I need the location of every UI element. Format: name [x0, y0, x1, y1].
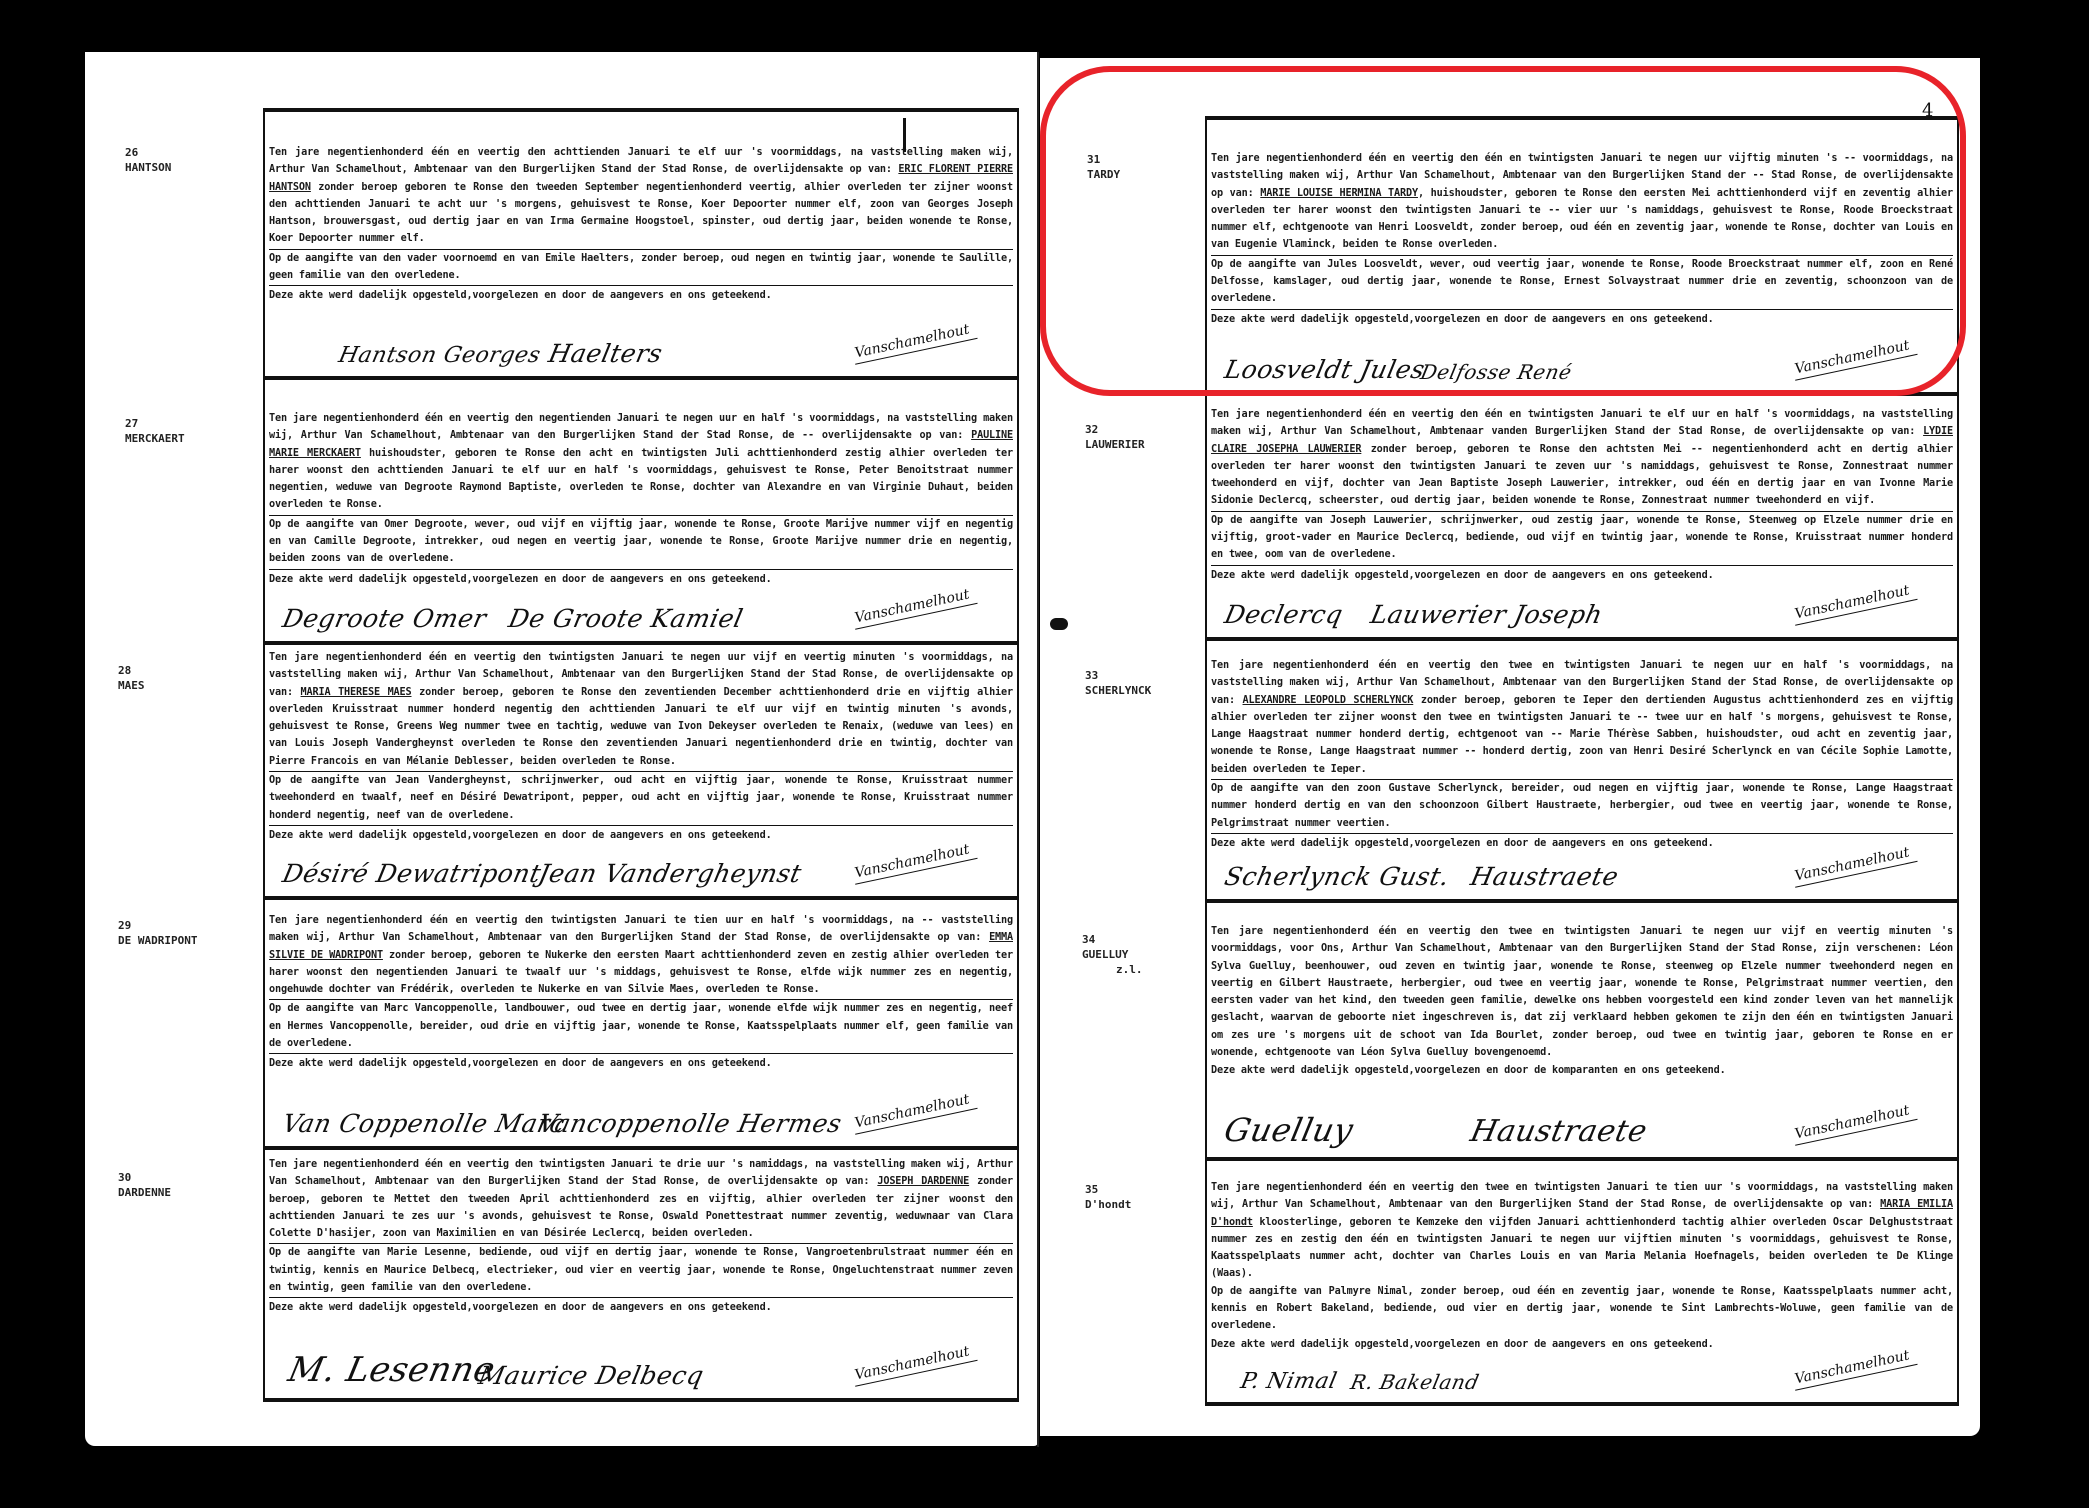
register-entry-30: Ten jare negentienhonderd één en veertig…: [265, 1150, 1017, 1402]
register-entry-28: Ten jare negentienhonderd één en veertig…: [265, 645, 1017, 900]
entry-declaration: Op de aangifte van Palmyre Nimal, zonder…: [1211, 1283, 1953, 1335]
official-signature: Vanschamelhout: [1792, 1101, 1918, 1146]
official-signature: Vanschamelhout: [852, 840, 978, 885]
register-entry-32: Ten jare negentienhonderd één en veertig…: [1207, 396, 1957, 641]
signature-line: Loosveldt Jules Delfosse René Vanschamel…: [1221, 342, 1937, 386]
entry-declaration: Op de aangifte van den vader voornoemd e…: [269, 250, 1013, 287]
entry-margin-label-35: 35 D'hondt: [1085, 1182, 1131, 1212]
entry-number: 35: [1085, 1182, 1131, 1197]
register-entry-31: Ten jare negentienhonderd één en veertig…: [1207, 116, 1957, 396]
register-entry-34: Ten jare negentienhonderd één en veertig…: [1207, 903, 1957, 1161]
entry-surname: D'hondt: [1085, 1197, 1131, 1212]
entry-act-text: Ten jare negentienhonderd één en veertig…: [269, 1156, 1013, 1244]
entry-surname: LAUWERIER: [1085, 437, 1145, 452]
signature-line: P. Nimal R. Bakeland Vanschamelhout: [1221, 1352, 1937, 1396]
entry-number: 31: [1087, 152, 1120, 167]
entry-number: 34: [1082, 932, 1143, 947]
entry-margin-label-28: 28 MAES: [118, 663, 145, 693]
entry-surname: HANTSON: [125, 160, 171, 175]
entry-surname: SCHERLYNCK: [1085, 683, 1151, 698]
deceased-name: MARIE LOUISE HERMINA TARDY: [1260, 188, 1418, 199]
witness-signature: Haustraete: [1467, 1114, 1650, 1149]
signature-line: Declercq Lauwerier Joseph Vanschamelhout: [1221, 587, 1937, 631]
entry-number: 29: [118, 918, 197, 933]
register-entry-29: Ten jare negentienhonderd één en veertig…: [265, 900, 1017, 1150]
entry-act-text: Ten jare negentienhonderd één en veertig…: [1211, 1179, 1953, 1283]
scan-artifact: [903, 118, 906, 152]
official-signature: Vanschamelhout: [852, 1342, 978, 1387]
entry-surname: TARDY: [1087, 167, 1120, 182]
witness-signature: R. Bakeland: [1348, 1370, 1481, 1394]
official-signature: Vanschamelhout: [1792, 1346, 1918, 1391]
entry-declaration: Op de aangifte van den zoon Gustave Sche…: [1211, 780, 1953, 834]
entry-surname: MERCKAERT: [125, 431, 185, 446]
official-signature: Vanschamelhout: [852, 585, 978, 630]
register-entry-35: Ten jare negentienhonderd één en veertig…: [1207, 1161, 1957, 1406]
signature-line: Scherlynck Gust. Haustraete Vanschamelho…: [1221, 849, 1937, 893]
entry-closing: Deze akte werd dadelijk opgesteld,voorge…: [1211, 566, 1953, 584]
register-entry-27: Ten jare negentienhonderd één en veertig…: [265, 380, 1017, 645]
entry-act-text: Ten jare negentienhonderd één en veertig…: [1211, 406, 1953, 512]
entry-declaration: Op de aangifte van Omer Degroote, wever,…: [269, 516, 1013, 570]
entry-body: Ten jare negentienhonderd één en veertig…: [269, 1156, 1013, 1317]
entry-margin-label-27: 27 MERCKAERT: [125, 416, 185, 446]
entry-surname: DE WADRIPONT: [118, 933, 197, 948]
entry-number: 27: [125, 416, 185, 431]
witness-signature: Jean Vandergheynst: [536, 859, 804, 888]
witness-signature: Maurice Delbecq: [476, 1361, 707, 1390]
entry-act-text: Ten jare negentienhonderd één en veertig…: [269, 649, 1013, 772]
deceased-name: MARIA THERESE MAES: [301, 687, 412, 698]
left-ledger-table: Ten jare negentienhonderd één en veertig…: [263, 108, 1019, 1402]
entry-body: Ten jare negentienhonderd één en veertig…: [269, 144, 1013, 305]
entry-body: Ten jare negentienhonderd één en veertig…: [1211, 923, 1953, 1080]
scan-artifact: [1050, 618, 1068, 630]
entry-act-text: Ten jare negentienhonderd één en veertig…: [269, 912, 1013, 1000]
signature-line: M. Lesenne Maurice Delbecq Vanschamelhou…: [279, 1312, 997, 1392]
deceased-name: JOSEPH DARDENNE: [877, 1176, 969, 1187]
entry-surname-note: z.l.: [1082, 962, 1143, 977]
witness-signature: Guelluy: [1221, 1111, 1357, 1149]
witness-signature: Scherlynck Gust.: [1222, 862, 1452, 891]
entry-margin-label-29: 29 DE WADRIPONT: [118, 918, 197, 948]
entry-body: Ten jare negentienhonderd één en veertig…: [269, 649, 1013, 844]
entry-act-text: Ten jare negentienhonderd één en veertig…: [269, 410, 1013, 516]
entry-act-text: Ten jare negentienhonderd één en veertig…: [1211, 657, 1953, 780]
witness-signature: Declercq: [1222, 600, 1346, 629]
entry-surname: GUELLUY: [1082, 947, 1143, 962]
entry-body: Ten jare negentienhonderd één en veertig…: [269, 912, 1013, 1073]
witness-signature: P. Nimal: [1238, 1369, 1339, 1394]
signature-line: Désiré Dewatripont Jean Vandergheynst Va…: [279, 846, 997, 890]
witness-signature: Delfosse René: [1418, 360, 1574, 384]
official-signature: Vanschamelhout: [852, 1090, 978, 1135]
entry-act-text: Ten jare negentienhonderd één en veertig…: [269, 144, 1013, 250]
entry-closing: Deze akte werd dadelijk opgesteld,voorge…: [269, 570, 1013, 588]
entry-number: 32: [1085, 422, 1145, 437]
signature-line: Van Coppenolle Marc Vancoppenolle Hermes…: [279, 1096, 997, 1140]
entry-margin-label-34: 34 GUELLUY z.l.: [1082, 932, 1143, 977]
signature-line: Hantson Georges Haelters Vanschamelhout: [279, 326, 997, 370]
entry-closing: Deze akte werd dadelijk opgesteld,voorge…: [1211, 310, 1953, 328]
entry-body: Ten jare negentienhonderd één en veertig…: [1211, 406, 1953, 584]
official-signature: Vanschamelhout: [1792, 336, 1918, 381]
entry-body: Ten jare negentienhonderd één en veertig…: [1211, 1179, 1953, 1353]
entry-margin-label-30: 30 DARDENNE: [118, 1170, 171, 1200]
entry-margin-label-32: 32 LAUWERIER: [1085, 422, 1145, 452]
witness-signature: Haustraete: [1468, 862, 1621, 891]
entry-closing: Deze akte werd dadelijk opgesteld,voorge…: [1211, 1335, 1953, 1353]
witness-signature: Van Coppenolle Marc: [280, 1109, 568, 1138]
witness-signature: Hantson Georges: [336, 343, 543, 368]
witness-signature: Degroote Omer: [280, 604, 489, 633]
entry-closing: Deze akte werd dadelijk opgesteld,voorge…: [269, 1054, 1013, 1072]
entry-declaration: Op de aangifte van Marc Vancoppenolle, l…: [269, 1000, 1013, 1054]
entry-margin-label-33: 33 SCHERLYNCK: [1085, 668, 1151, 698]
entry-declaration: Op de aangifte van Jean Vandergheynst, s…: [269, 772, 1013, 826]
witness-signature: Haelters: [546, 339, 665, 368]
entry-number: 28: [118, 663, 145, 678]
entry-closing: Deze akte werd dadelijk opgesteld,voorge…: [269, 286, 1013, 304]
official-signature: Vanschamelhout: [852, 320, 978, 365]
entry-margin-label-31: 31 TARDY: [1087, 152, 1120, 182]
page-spine-divider: [1037, 52, 1039, 1447]
entry-declaration: Op de aangifte van Jules Loosveldt, weve…: [1211, 256, 1953, 310]
entry-closing: Deze akte werd dadelijk opgesteld,voorge…: [269, 826, 1013, 844]
entry-declaration: Op de aangifte van Marie Lesenne, bedien…: [269, 1244, 1013, 1298]
witness-signature: Vancoppenolle Hermes: [536, 1109, 845, 1138]
signature-line: Degroote Omer De Groote Kamiel Vanschame…: [279, 591, 997, 635]
witness-signature: De Groote Kamiel: [506, 604, 746, 633]
entry-number: 30: [118, 1170, 171, 1185]
entry-body: Ten jare negentienhonderd één en veertig…: [1211, 150, 1953, 328]
official-signature: Vanschamelhout: [1792, 843, 1918, 888]
register-entry-33: Ten jare negentienhonderd één en veertig…: [1207, 641, 1957, 903]
entry-closing: Deze akte werd dadelijk opgesteld,voorge…: [1211, 1061, 1953, 1079]
official-signature: Vanschamelhout: [1792, 581, 1918, 626]
entry-body: Ten jare negentienhonderd één en veertig…: [269, 410, 1013, 588]
entry-act-text: Ten jare negentienhonderd één en veertig…: [1211, 923, 1953, 1061]
entry-declaration: Op de aangifte van Joseph Lauwerier, sch…: [1211, 512, 1953, 566]
entry-act-text: Ten jare negentienhonderd één en veertig…: [1211, 150, 1953, 256]
witness-signature: Lauwerier Joseph: [1368, 600, 1605, 629]
entry-surname: MAES: [118, 678, 145, 693]
right-ledger-table: Ten jare negentienhonderd één en veertig…: [1205, 116, 1959, 1406]
entry-number: 26: [125, 145, 171, 160]
signature-line: Guelluy Haustraete Vanschamelhout: [1221, 1081, 1937, 1151]
entry-surname: DARDENNE: [118, 1185, 171, 1200]
witness-signature: Désiré Dewatripont: [280, 859, 544, 888]
entry-margin-label-26: 26 HANTSON: [125, 145, 171, 175]
witness-signature: M. Lesenne: [285, 1350, 499, 1390]
entry-number: 33: [1085, 668, 1151, 683]
entry-body: Ten jare negentienhonderd één en veertig…: [1211, 657, 1953, 852]
deceased-name: ALEXANDRE LEOPOLD SCHERLYNCK: [1243, 695, 1414, 706]
witness-signature: Loosveldt Jules: [1222, 355, 1428, 384]
